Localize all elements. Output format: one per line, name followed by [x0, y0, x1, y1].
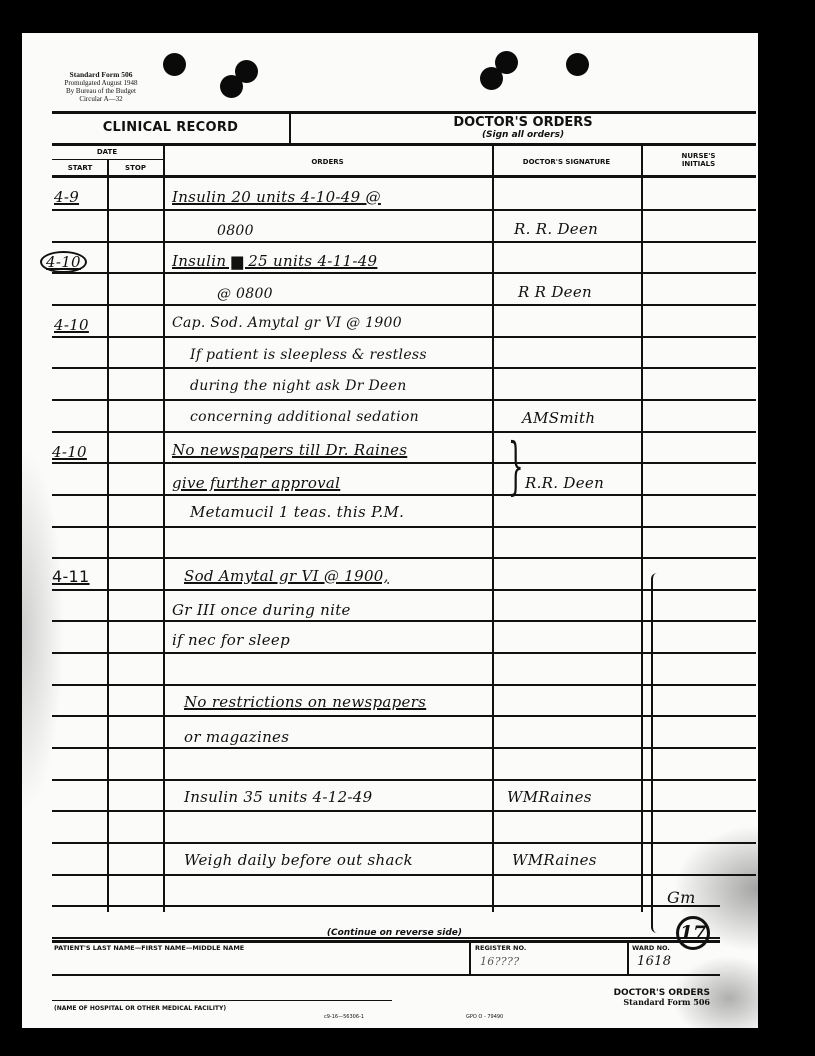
ward-no-value: 1618 — [637, 954, 671, 969]
rule — [52, 143, 756, 146]
print-code: c9-16—56306-1 — [324, 1014, 364, 1020]
date-header: DATE — [52, 148, 162, 156]
register-no-label: REGISTER NO. — [475, 944, 526, 952]
entry-start-date: 4-10 — [54, 316, 89, 334]
doctor-signature: R. R. Deen — [514, 220, 598, 238]
row-rule — [52, 304, 756, 306]
form-identifier: Standard Form 506 Promulgated August 194… — [56, 71, 146, 103]
row-rule — [52, 272, 756, 274]
nurse-initials-header: NURSE'S INITIALS — [641, 152, 756, 168]
row-rule — [52, 367, 756, 369]
entry-order-line: give further approval — [172, 474, 340, 492]
row-rule — [52, 399, 756, 401]
entry-order-line: 0800 — [217, 223, 254, 239]
nurse-initials-mark: Gm — [667, 888, 696, 907]
orders-header: ORDERS — [163, 158, 492, 166]
entry-order-line: @ 0800 — [217, 286, 273, 302]
clinical-record-title: CLINICAL RECORD — [52, 112, 289, 142]
doctor-signature: WMRaines — [507, 788, 592, 806]
entry-start-date-circled: 4-10 — [40, 251, 87, 273]
doctor-signature: R R Deen — [518, 283, 592, 301]
entry-start-date: 4-11 — [52, 567, 90, 586]
entry-order-line: No restrictions on newspapers — [184, 693, 426, 711]
entry-start-date: 4-10 — [52, 443, 87, 461]
rule — [52, 1000, 392, 1001]
entry-order-line: No newspapers till Dr. Raines — [172, 441, 407, 459]
register-no-value: 16???? — [480, 955, 519, 968]
rule — [627, 940, 629, 975]
row-rule — [52, 241, 756, 243]
bracket-mark: } — [508, 435, 524, 497]
doctor-signature: WMRaines — [512, 851, 597, 869]
nurse-bracket-mark — [651, 573, 659, 933]
punch-hole-icon — [163, 53, 186, 76]
row-rule — [52, 905, 720, 907]
doctor-signature-header: DOCTOR'S SIGNATURE — [492, 158, 641, 166]
entry-order-line: Gr III once during nite — [172, 601, 351, 619]
punch-hole-icon — [566, 53, 589, 76]
entry-order-line: Metamucil 1 teas. this P.M. — [190, 503, 404, 521]
row-rule — [52, 462, 756, 464]
scan-noise — [22, 33, 758, 1028]
entry-order-line: concerning additional sedation — [190, 409, 419, 425]
row-rule — [52, 431, 756, 433]
entry-order-line: or magazines — [184, 728, 289, 746]
entry-order-line: Insulin 20 units 4-10-49 @ — [172, 188, 381, 206]
entry-order-line: Insulin 35 units 4-12-49 — [184, 788, 373, 806]
rule — [52, 940, 720, 943]
rule — [52, 974, 720, 976]
entry-order-line: Weigh daily before out shack — [184, 851, 413, 869]
row-rule — [52, 336, 756, 338]
rule — [52, 175, 756, 178]
entry-order-line: Insulin ▆ 25 units 4-11-49 — [172, 252, 377, 270]
continue-note: (Continue on reverse side) — [222, 928, 462, 938]
punch-hole-icon — [480, 67, 503, 90]
row-rule — [52, 526, 756, 528]
row-rule — [52, 494, 756, 496]
doctors-orders-page: Standard Form 506 Promulgated August 194… — [22, 33, 758, 1028]
hospital-name-label: (NAME OF HOSPITAL OR OTHER MEDICAL FACIL… — [54, 1005, 226, 1012]
entry-start-date: 4-9 — [54, 188, 79, 206]
entry-order-line: Sod Amytal gr VI @ 1900, — [184, 567, 389, 585]
doctor-signature: AMSmith — [522, 409, 595, 427]
entry-order-line: Cap. Sod. Amytal gr VI @ 1900 — [172, 315, 402, 331]
punch-hole-icon — [220, 75, 243, 98]
doctor-signature: R.R. Deen — [525, 474, 604, 492]
row-rule — [52, 557, 756, 559]
entry-order-line: if nec for sleep — [172, 631, 290, 649]
start-header: START — [52, 164, 108, 172]
rule — [469, 940, 471, 975]
stop-header: STOP — [108, 164, 163, 172]
patient-name-label: PATIENT'S LAST NAME—FIRST NAME—MIDDLE NA… — [54, 944, 244, 952]
ward-no-label: WARD NO. — [632, 944, 670, 952]
entry-order-line: during the night ask Dr Deen — [190, 378, 407, 394]
gpo-code: GPO O - 79490 — [466, 1014, 503, 1020]
row-rule — [52, 209, 756, 211]
entry-order-line: If patient is sleepless & restless — [190, 347, 427, 363]
page-number-badge: 17 — [676, 916, 710, 950]
doctors-orders-title: DOCTOR'S ORDERS (Sign all orders) — [290, 116, 756, 140]
footer-form-title: DOCTOR'S ORDERS Standard Form 506 — [614, 988, 710, 1007]
